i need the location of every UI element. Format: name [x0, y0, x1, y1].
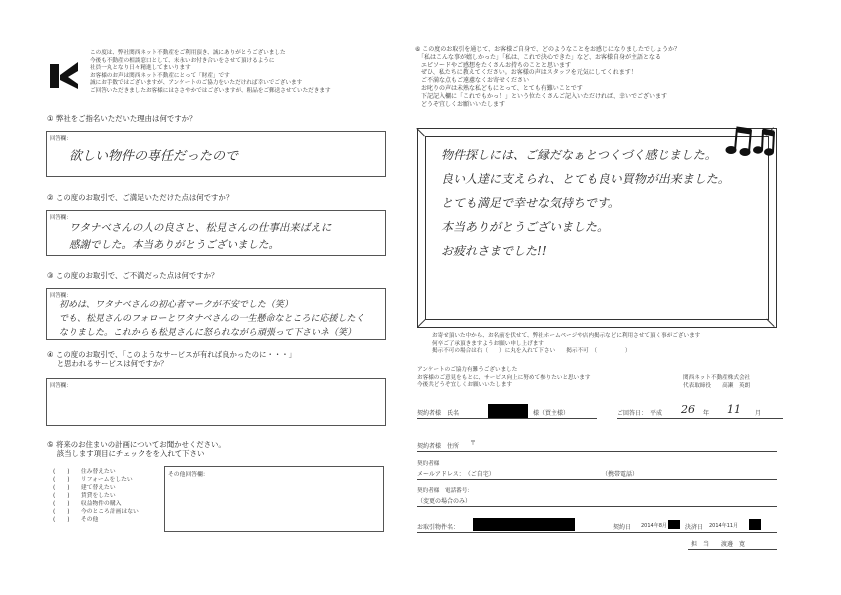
plan-option-label: 賃貸をしたい	[81, 493, 116, 499]
q6-answer-line: お疲れさまでした!!	[441, 242, 547, 259]
k-logo-icon	[50, 60, 80, 90]
q1-answer: 欲しい物件の専任だったので	[69, 145, 238, 164]
phone-label: 契約者様 電話番号：	[417, 488, 473, 496]
q2-answer-line: 感謝でした。本当ありがとうございました。	[69, 237, 279, 252]
email-label: メールアドレス： （ご自宅）	[417, 471, 495, 478]
year-unit: 年	[703, 408, 709, 417]
phone-note: （変更の場合のみ）	[417, 498, 471, 505]
q5-question-line: 該当します項目にチェックをを入れて下さい	[47, 449, 226, 458]
reply-date-field[interactable]: ご回答日： 平成 26 年 11 月	[617, 408, 783, 419]
q3-answer-line: 初めは、ワタナベさんの初心者マークが不安でした（笑）	[59, 297, 293, 310]
name-suffix: 様（買主様）	[533, 408, 569, 417]
publish-notice-line[interactable]: 掲示不可の場合は右（ ）に丸を入れて下さい 掲示不可 （ ）	[432, 348, 700, 356]
q6-question-line: 「私はこんな事が嬉しかった」「私は、これで決心できた」など、お客様自身が主語とな…	[415, 54, 680, 62]
plan-option[interactable]: () リフォームをしたい	[53, 476, 139, 484]
address-field[interactable]: 契約者様 住所 〒	[417, 441, 777, 452]
q6-question-line: 下記記入欄に「これでもかっ！」という位たくさんご記入いただければ、幸いでございま…	[415, 93, 680, 101]
plan-option[interactable]: () 収益物件の購入	[53, 500, 139, 508]
redacted-settlement-day	[749, 519, 761, 530]
q6-answer-line: とても満足で幸せな気持ちです。	[441, 194, 620, 211]
music-notes-icon	[725, 124, 775, 160]
q3-question: ③ この度のお取引で、ご不満だった点は何ですか？	[47, 271, 218, 280]
plan-option[interactable]: () 建て替えたい	[53, 484, 139, 492]
q6-answer-line: 良い人達に支えられ、とても良い買物が出来ました。	[441, 170, 730, 187]
company-name: 関西ネット不動産株式会社	[683, 375, 750, 383]
q6-question: ⑥ この度のお取引を通じて、お客様ご自身で、どのようなことをお感じになりましたで…	[415, 46, 680, 108]
q6-answer-frame[interactable]: 物件探しには、ご縁だなぁとつくづく感じました。 良い人達に支えられ、とても良い買…	[417, 128, 777, 328]
redacted-property	[473, 518, 575, 531]
q4-answer-box[interactable]: 回答欄：	[46, 378, 386, 426]
phone-field[interactable]: （変更の場合のみ）	[417, 496, 777, 507]
email-label-1: 契約者様	[417, 461, 439, 469]
month-unit: 月	[755, 408, 761, 417]
intro-line: 誠にお手数ではございますが、アンケートのご協力をいただければ幸いでございます	[90, 80, 331, 88]
q3-answer-box[interactable]: 回答欄： 初めは、ワタナベさんの初心者マークが不安でした（笑） でも、松見さんの…	[46, 288, 386, 340]
representative: 代表取締役 高瀬 英朗	[683, 383, 750, 391]
publish-notice-line: お寄せ頂いた中から、お名前を伏せて、弊社ホームページや店内掲示などに利用させて頂…	[432, 333, 700, 341]
q6-question-line: どうぞ宜しくお願いいたします	[415, 101, 680, 109]
q4-question-line: と思われるサービスは何ですか？	[47, 359, 296, 368]
q2-answer-line: ワタナベさんの人の良さと、松見さんの仕事出来ばえに	[69, 220, 331, 235]
q1-answer-box[interactable]: 回答欄： 欲しい物件の専任だったので	[46, 131, 386, 177]
q2-question: ② この度のお取引で、ご満足いただけた点は何ですか？	[47, 193, 233, 202]
q1-question: ① 弊社をご指名いただいた理由は何ですか？	[47, 114, 196, 123]
q5-other-box[interactable]: その他回答欄：	[164, 466, 384, 532]
other-answer-label: その他回答欄：	[168, 469, 209, 478]
name-label: 契約者様 氏名	[417, 410, 459, 417]
property-label: お取引物件名：	[417, 524, 459, 531]
closing-line: アンケートのご協力有難うございました	[417, 367, 590, 375]
q6-question-line: ⑥ この度のお取引を通じて、お客様ご自身で、どのようなことをお感じになりましたで…	[415, 46, 680, 54]
plan-option[interactable]: () 今のところ計画はない	[53, 508, 139, 516]
plan-option-label: リフォームをしたい	[81, 477, 133, 483]
q6-question-line: ご不満な点もご遠慮なくお寄せください	[415, 77, 680, 85]
q5-question-line: ⑤ 将来のお住まいの計画についてお聞かせください。	[47, 440, 226, 449]
plan-options: () 住み替えたい () リフォームをしたい () 建て替えたい () 賃貸をし…	[53, 468, 139, 524]
q6-answer-line: 物件探しには、ご縁だなぁとつくづく感じました。	[441, 146, 717, 163]
staff-name: 渡邊 寛	[721, 539, 745, 548]
plan-option[interactable]: () 賃貸をしたい	[53, 492, 139, 500]
reply-year: 26	[681, 403, 695, 416]
staff-field: 担 当 渡邊 寛	[688, 539, 777, 550]
closing-line: 今後共どうぞ宜しくお願いいたします	[417, 382, 590, 390]
intro-text: この度は、弊社関西ネット不動産をご利用頂き、誠にありがとうございました 今後も不…	[90, 50, 331, 96]
contract-date-value: 2014年8月	[641, 522, 667, 529]
q3-answer-line: なりました。これからも松見さんに怒られながら頑張って下さいネ（笑）	[59, 325, 356, 338]
plan-option-label: 建て替えたい	[81, 485, 116, 491]
plan-option[interactable]: () 住み替えたい	[53, 468, 139, 476]
plan-option-label: 収益物件の購入	[81, 501, 122, 507]
q4-question-line: ④ この度のお取引で、「このようなサービスが有れば良かったのに・・・」	[47, 350, 296, 359]
intro-line: ご回答いただきましたお客様にはささやかではございますが、粗品をご郵送させていただ…	[90, 88, 331, 96]
plan-option-label: 住み替えたい	[81, 469, 116, 475]
intro-line: 社員一丸となり日々精進してまいります	[90, 65, 331, 73]
q4-question: ④ この度のお取引で、「このようなサービスが有れば良かったのに・・・」 と思われ…	[47, 350, 296, 368]
intro-line: この度は、弊社関西ネット不動産をご利用頂き、誠にありがとうございました	[90, 50, 331, 58]
email-field[interactable]: メールアドレス： （ご自宅） （携帯電話）	[417, 469, 777, 480]
q6-answer-line: 本当ありがとうございました。	[441, 218, 609, 235]
company-info: 関西ネット不動産株式会社 代表取締役 高瀬 英朗	[683, 375, 750, 390]
property-field[interactable]: お取引物件名： 契約日 2014年8月 決済日 2014年11月	[417, 522, 777, 533]
settlement-value: 2014年11月	[709, 522, 738, 529]
answer-label: 回答欄：	[50, 381, 72, 389]
reply-date-label: ご回答日： 平成	[617, 410, 662, 417]
plan-option-label: その他	[81, 517, 98, 523]
closing-message: アンケートのご協力有難うございました お客様のご意見をもとに、サービス向上に努め…	[417, 367, 590, 390]
q2-answer-box[interactable]: 回答欄： ワタナベさんの人の良さと、松見さんの仕事出来ばえに 感謝でした。本当あ…	[46, 210, 386, 256]
q3-answer-line: でも、松見さんのフォローとワタナベさんの一生懸命なところに応援したく	[59, 311, 364, 324]
postal-mark: 〒	[470, 438, 476, 447]
contract-date-label: 契約日	[613, 522, 631, 531]
redacted-name	[488, 404, 528, 418]
address-label: 契約者様 住所	[417, 443, 459, 450]
answer-label: 回答欄：	[50, 134, 72, 142]
reply-month: 11	[727, 403, 741, 416]
redacted-contract-day	[668, 520, 680, 529]
settlement-label: 決済日	[685, 522, 703, 531]
q6-question-line: お叱りの声は未熟な私どもにとって、とても有難いことです	[415, 85, 680, 93]
q5-question: ⑤ 将来のお住まいの計画についてお聞かせください。 該当します項目にチェックをを…	[47, 440, 226, 458]
plan-option-label: 今のところ計画はない	[81, 509, 139, 515]
publish-notice: お寄せ頂いた中から、お名前を伏せて、弊社ホームページや店内掲示などに利用させて頂…	[432, 333, 700, 356]
mobile-label: （携帯電話）	[602, 469, 638, 478]
staff-label: 担 当	[691, 539, 709, 548]
plan-option[interactable]: () その他	[53, 516, 139, 524]
